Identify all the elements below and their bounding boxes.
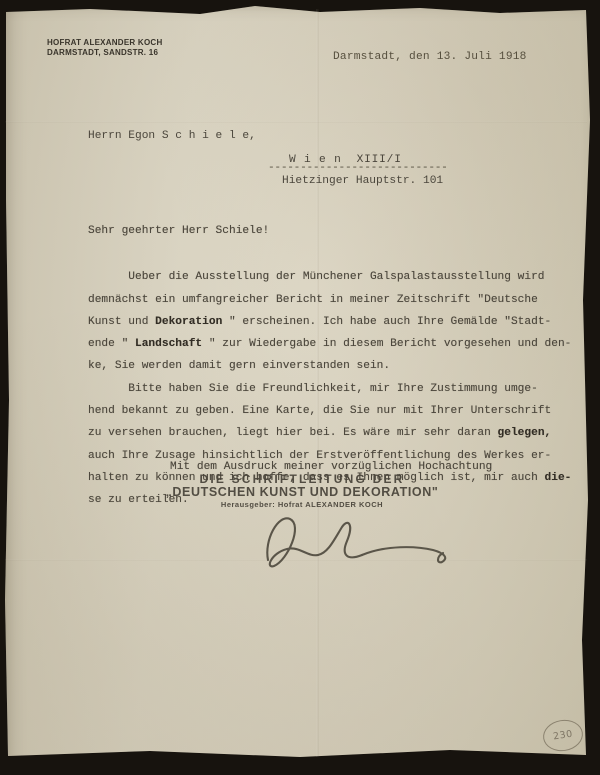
- letterhead-address: DARMSTADT, SANDSTR. 16: [47, 48, 162, 58]
- body-line: Ueber die Ausstellung der Münchener Gals…: [88, 266, 588, 288]
- stamp-line-1: DIE SCHRIFTLEITUNG DER: [100, 473, 504, 485]
- recipient-underline-dashes: ----------------------------: [268, 162, 448, 174]
- recipient-name: Herrn Egon S c h i e l e,: [88, 130, 256, 142]
- body-line: demnächst ein umfangreicher Bericht in m…: [88, 289, 588, 311]
- recipient-street: Hietzinger Hauptstr. 101: [282, 175, 443, 187]
- body-line: zu versehen brauchen, liegt hier bei. Es…: [88, 422, 588, 444]
- date-line: Darmstadt, den 13. Juli 1918: [333, 51, 527, 63]
- body-line: ende " Landschaft " zur Wiedergabe in di…: [88, 333, 588, 355]
- horizontal-fold-crease: [5, 121, 587, 123]
- handwritten-signature: [228, 496, 468, 586]
- letterhead: HOFRAT ALEXANDER KOCH DARMSTADT, SANDSTR…: [47, 38, 162, 58]
- body-line: ke, Sie werden damit gern einverstanden …: [88, 355, 588, 377]
- salutation: Sehr geehrter Herr Schiele!: [88, 220, 588, 242]
- letterhead-name: HOFRAT ALEXANDER KOCH: [47, 38, 162, 48]
- scanned-letter: HOFRAT ALEXANDER KOCH DARMSTADT, SANDSTR…: [0, 0, 600, 775]
- body-line: hend bekannt zu geben. Eine Karte, die S…: [88, 400, 588, 422]
- body-line: Kunst und Dekoration " erscheinen. Ich h…: [88, 311, 588, 333]
- page-number-text: 230: [552, 729, 573, 743]
- body-line: Bitte haben Sie die Freundlichkeit, mir …: [88, 378, 588, 400]
